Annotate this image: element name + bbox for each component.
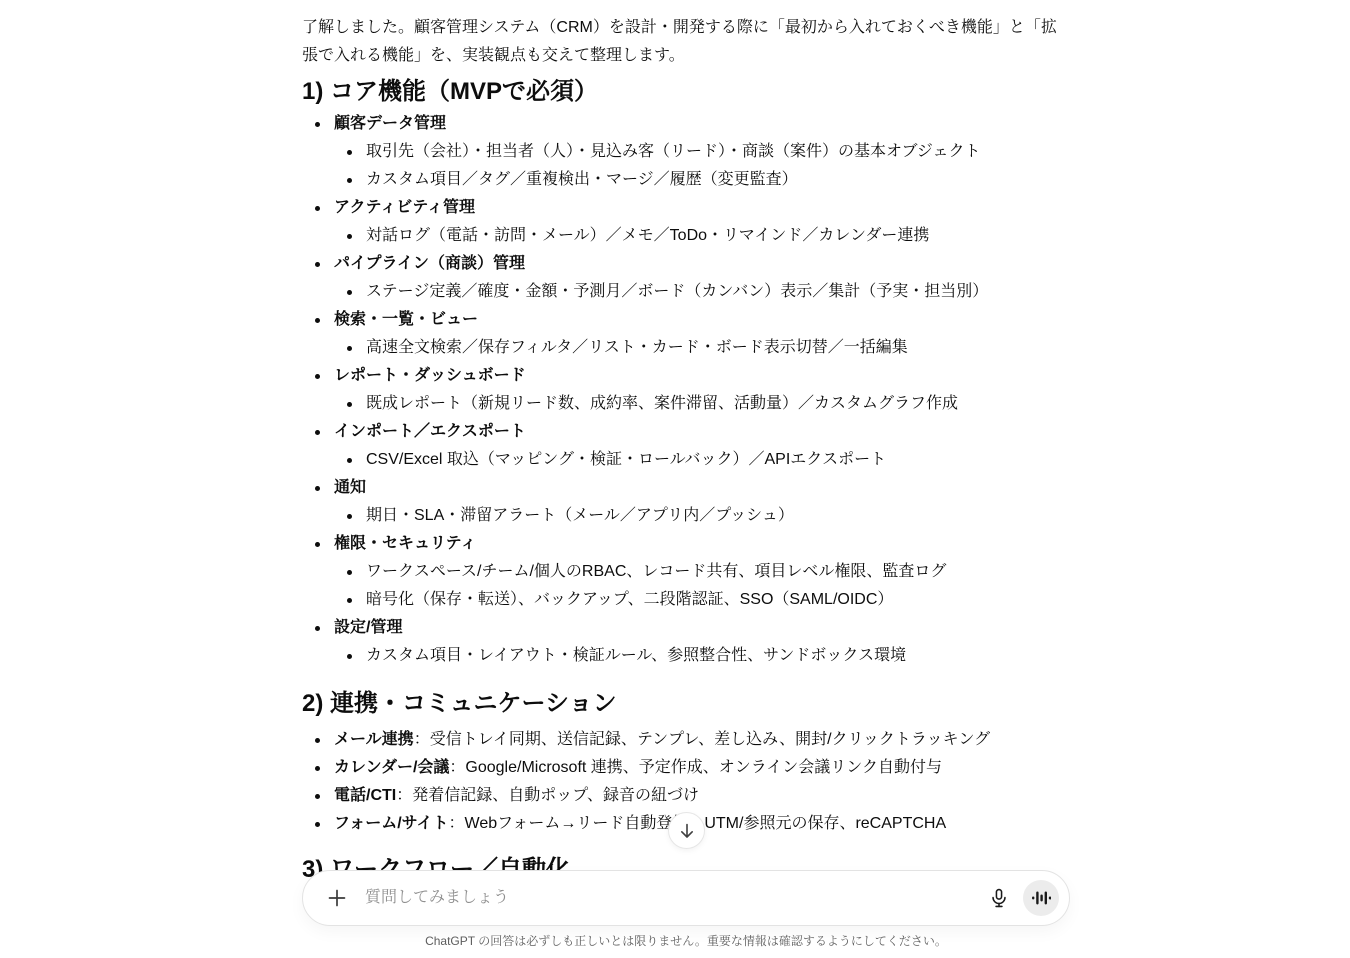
list-item: 電話/CTI：発着信記録、自動ポップ、録音の紐づけ: [302, 782, 1070, 810]
bullet-icon: [315, 486, 320, 491]
list-item: 権限・セキュリティ ワークスペース/チーム/個人のRBAC、レコード共有、項目レ…: [302, 530, 1070, 614]
bullet-icon: [347, 178, 352, 183]
section-heading-integrations: 2) 連携・コミュニケーション: [302, 688, 1070, 720]
bullet-icon: [347, 346, 352, 351]
list-item-label: 設定/管理: [334, 619, 402, 636]
assistant-message: 了解しました。顧客管理システム（CRM）を設計・開発する際に「最初から入れておく…: [302, 0, 1070, 886]
list-item: レポート・ダッシュボード 既成レポート（新規リード数、成約率、案件滞留、活動量）…: [302, 362, 1070, 418]
bullet-icon: [347, 598, 352, 603]
list-item-label: 顧客データ管理: [334, 115, 446, 132]
list-subitem-text: 取引先（会社）・担当者（人）・見込み客（リード）・商談（案件）の基本オブジェクト: [366, 143, 981, 160]
list-item: カレンダー/会議：Google/Microsoft 連携、予定作成、オンライン会…: [302, 754, 1070, 782]
list-item-label: 通知: [334, 479, 366, 496]
list-item-text: ：受信トレイ同期、送信記録、テンプレ、差し込み、開封/クリックトラッキング: [414, 731, 990, 748]
list-subitem-text: カスタム項目・レイアウト・検証ルール、参照整合性、サンドボックス環境: [366, 647, 906, 664]
message-input[interactable]: [363, 888, 981, 908]
list-subitem: 期日・SLA・滞留アラート（メール／アプリ内／プッシュ）: [334, 502, 1070, 530]
list-item-label: カレンダー/会議: [334, 759, 449, 776]
bullet-icon: [315, 122, 320, 127]
bullet-icon: [315, 626, 320, 631]
bullet-icon: [315, 374, 320, 379]
composer-bar: [302, 870, 1070, 926]
core-feature-list: 顧客データ管理 取引先（会社）・担当者（人）・見込み客（リード）・商談（案件）の…: [302, 110, 1070, 670]
list-item-text: ：Google/Microsoft 連携、予定作成、オンライン会議リンク自動付与: [449, 759, 942, 776]
voice-mode-button[interactable]: [1023, 880, 1059, 916]
list-subitem-text: 暗号化（保存・転送）、バックアップ、二段階認証、SSO（SAML/OIDC）: [366, 591, 893, 608]
bullet-icon: [315, 822, 320, 827]
list-item-label: パイプライン（商談）管理: [334, 255, 525, 272]
list-subitem-text: 期日・SLA・滞留アラート（メール／アプリ内／プッシュ）: [366, 507, 794, 524]
dictate-button[interactable]: [981, 880, 1017, 916]
bullet-icon: [347, 150, 352, 155]
list-item: 通知 期日・SLA・滞留アラート（メール／アプリ内／プッシュ）: [302, 474, 1070, 530]
list-subitem: CSV/Excel 取込（マッピング・検証・ロールバック）／APIエクスポート: [334, 446, 1070, 474]
intro-paragraph: 了解しました。顧客管理システム（CRM）を設計・開発する際に「最初から入れておく…: [302, 14, 1070, 70]
list-subitem: 対話ログ（電話・訪問・メール）／メモ／ToDo・リマインド／カレンダー連携: [334, 222, 1070, 250]
list-item: メール連携：受信トレイ同期、送信記録、テンプレ、差し込み、開封/クリックトラッキ…: [302, 726, 1070, 754]
list-item: インポート／エクスポート CSV/Excel 取込（マッピング・検証・ロールバッ…: [302, 418, 1070, 474]
bullet-icon: [347, 570, 352, 575]
list-item-label: 電話/CTI: [334, 787, 396, 804]
list-item: 検索・一覧・ビュー 高速全文検索／保存フィルタ／リスト・カード・ボード表示切替／…: [302, 306, 1070, 362]
list-subitem: カスタム項目／タグ／重複検出・マージ／履歴（変更監査）: [334, 166, 1070, 194]
list-subitem: カスタム項目・レイアウト・検証ルール、参照整合性、サンドボックス環境: [334, 642, 1070, 670]
bullet-icon: [315, 318, 320, 323]
list-item: 顧客データ管理 取引先（会社）・担当者（人）・見込み客（リード）・商談（案件）の…: [302, 110, 1070, 194]
list-item-label: 権限・セキュリティ: [334, 535, 476, 552]
list-subitem-text: 既成レポート（新規リード数、成約率、案件滞留、活動量）／カスタムグラフ作成: [366, 395, 958, 412]
list-subitem-text: 対話ログ（電話・訪問・メール）／メモ／ToDo・リマインド／カレンダー連携: [366, 227, 929, 244]
list-item: パイプライン（商談）管理 ステージ定義／確度・金額・予測月／ボード（カンバン）表…: [302, 250, 1070, 306]
bullet-icon: [315, 206, 320, 211]
bullet-icon: [347, 402, 352, 407]
bullet-icon: [315, 738, 320, 743]
attach-button[interactable]: [319, 880, 355, 916]
list-subitem-text: ステージ定義／確度・金額・予測月／ボード（カンバン）表示／集計（予実・担当別）: [366, 283, 988, 300]
list-subitem: 取引先（会社）・担当者（人）・見込み客（リード）・商談（案件）の基本オブジェクト: [334, 138, 1070, 166]
section-heading-core: 1) コア機能（MVPで必須）: [302, 76, 1070, 108]
bullet-icon: [347, 458, 352, 463]
arrow-down-icon: [677, 821, 697, 841]
bullet-icon: [315, 430, 320, 435]
disclaimer-text: ChatGPT の回答は必ずしも正しいとは限りません。重要な情報は確認するように…: [302, 933, 1070, 949]
list-subitem-text: 高速全文検索／保存フィルタ／リスト・カード・ボード表示切替／一括編集: [366, 339, 908, 356]
list-subitem-text: CSV/Excel 取込（マッピング・検証・ロールバック）／APIエクスポート: [366, 451, 886, 468]
list-item-label: メール連携: [334, 731, 414, 748]
bullet-icon: [315, 794, 320, 799]
chat-page: 了解しました。顧客管理システム（CRM）を設計・開発する際に「最初から入れておく…: [0, 0, 1350, 958]
list-item-label: インポート／エクスポート: [334, 423, 526, 440]
bullet-icon: [315, 262, 320, 267]
list-item: アクティビティ管理 対話ログ（電話・訪問・メール）／メモ／ToDo・リマインド／…: [302, 194, 1070, 250]
bullet-icon: [315, 766, 320, 771]
list-item-label: アクティビティ管理: [334, 199, 475, 216]
bullet-icon: [315, 542, 320, 547]
list-item-text: ：発着信記録、自動ポップ、録音の紐づけ: [396, 787, 699, 804]
list-subitem-text: ワークスペース/チーム/個人のRBAC、レコード共有、項目レベル権限、監査ログ: [366, 563, 946, 580]
bullet-icon: [347, 514, 352, 519]
list-subitem: 暗号化（保存・転送）、バックアップ、二段階認証、SSO（SAML/OIDC）: [334, 586, 1070, 614]
list-item: 設定/管理 カスタム項目・レイアウト・検証ルール、参照整合性、サンドボックス環境: [302, 614, 1070, 670]
list-item-label: フォーム/サイト: [334, 815, 449, 832]
voice-waveform-icon: [1031, 888, 1051, 908]
bullet-icon: [347, 654, 352, 659]
list-subitem: 高速全文検索／保存フィルタ／リスト・カード・ボード表示切替／一括編集: [334, 334, 1070, 362]
microphone-icon: [988, 887, 1010, 909]
bullet-icon: [347, 234, 352, 239]
plus-icon: [326, 887, 348, 909]
scroll-to-bottom-button[interactable]: [668, 812, 705, 849]
list-subitem-text: カスタム項目／タグ／重複検出・マージ／履歴（変更監査）: [366, 171, 798, 188]
bullet-icon: [347, 290, 352, 295]
list-item-label: レポート・ダッシュボード: [334, 367, 526, 384]
list-subitem: ワークスペース/チーム/個人のRBAC、レコード共有、項目レベル権限、監査ログ: [334, 558, 1070, 586]
list-item-label: 検索・一覧・ビュー: [334, 311, 478, 328]
list-subitem: ステージ定義／確度・金額・予測月／ボード（カンバン）表示／集計（予実・担当別）: [334, 278, 1070, 306]
list-subitem: 既成レポート（新規リード数、成約率、案件滞留、活動量）／カスタムグラフ作成: [334, 390, 1070, 418]
